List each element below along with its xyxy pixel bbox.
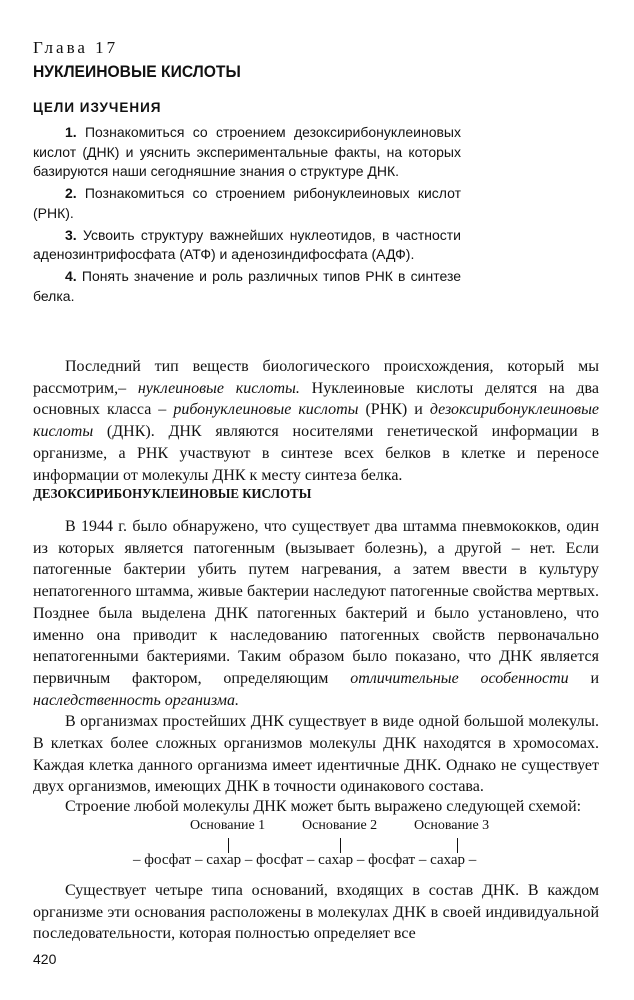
goal-item: 3. Усвоить структуру важнейших нуклеотид… <box>33 226 461 265</box>
emphasis: рибонуклеиновые кислоты <box>173 401 358 418</box>
paragraph: В организмах простейших ДНК существует в… <box>33 711 599 798</box>
goal-number: 4. <box>65 268 77 284</box>
text: (ДНК). ДНК являются носителями генетичес… <box>33 423 599 483</box>
chapter-title: НУКЛЕИНОВЫЕ КИСЛОТЫ <box>33 62 241 82</box>
goal-item: 4. Понять значение и роль различных типо… <box>33 267 461 306</box>
goal-item: 2. Познакомиться со строением рибонуклеи… <box>33 184 461 223</box>
goal-number: 2. <box>65 185 77 201</box>
bond-line <box>340 838 341 853</box>
bond-line <box>228 838 229 853</box>
page-number: 420 <box>33 951 56 967</box>
section-heading: ДЕЗОКСИРИБОНУКЛЕИНОВЫЕ КИСЛОТЫ <box>33 487 311 503</box>
paragraph: Строение любой молекулы ДНК может быть в… <box>33 796 599 818</box>
emphasis: отличительные особенности <box>350 670 569 687</box>
intro-paragraph: Последний тип веществ биологического про… <box>33 356 599 486</box>
text: (РНК) и <box>358 401 429 418</box>
emphasis: нуклеиновые кислоты. <box>138 380 300 397</box>
goal-number: 3. <box>65 227 77 243</box>
text: В 1944 г. было обнаружено, что существуе… <box>33 518 599 687</box>
goal-number: 1. <box>65 124 77 140</box>
final-paragraph: Существует четыре типа оснований, входящ… <box>33 880 599 945</box>
paragraph: В 1944 г. было обнаружено, что существуе… <box>33 516 599 711</box>
base-label: Основание 1 <box>190 818 265 834</box>
goal-text: Познакомиться со строением дезоксирибону… <box>33 124 461 179</box>
bond-line <box>457 838 458 853</box>
text: и <box>569 670 599 687</box>
chapter-label: Глава 17 <box>33 38 118 58</box>
paragraph: Существует четыре типа оснований, входящ… <box>33 880 599 945</box>
base-label: Основание 3 <box>414 818 489 834</box>
scheme-lead: Строение любой молекулы ДНК может быть в… <box>33 796 599 818</box>
goals-list: 1. Познакомиться со строением дезоксириб… <box>33 123 461 308</box>
section-body: В 1944 г. было обнаружено, что существуе… <box>33 516 599 798</box>
emphasis: наследственность организма. <box>33 692 239 709</box>
goal-item: 1. Познакомиться со строением дезоксириб… <box>33 123 461 182</box>
goal-text: Познакомиться со строением рибонуклеинов… <box>33 185 461 221</box>
goal-text: Понять значение и роль различных типов Р… <box>33 268 461 304</box>
goal-text: Усвоить структуру важнейших нуклеотидов,… <box>33 227 461 263</box>
goals-heading: ЦЕЛИ ИЗУЧЕНИЯ <box>33 100 161 115</box>
dna-scheme: Основание 1 Основание 2 Основание 3 – фо… <box>33 816 599 872</box>
phosphate-sugar-chain: – фосфат – сахар – фосфат – сахар – фосф… <box>133 852 476 869</box>
base-label: Основание 2 <box>302 818 377 834</box>
